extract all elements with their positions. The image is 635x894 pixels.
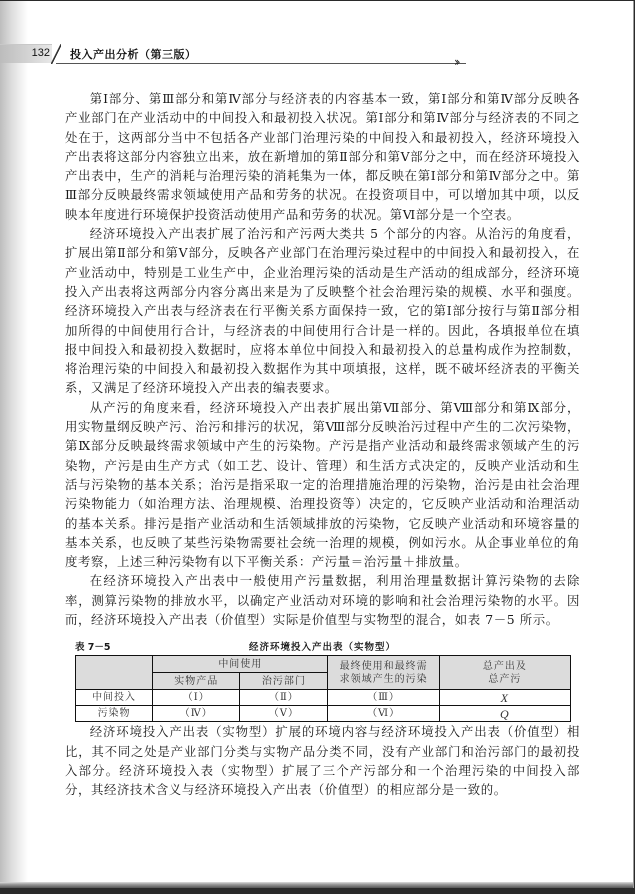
body-text: 第Ⅰ部分、第Ⅲ部分和第Ⅳ部分与经济表的内容基本一致，第Ⅰ部分和第Ⅳ部分反映各产业… [65, 89, 580, 800]
table-row: 污染物 （Ⅳ） （Ⅴ） （Ⅵ） Q [76, 706, 571, 722]
row-label: 中间投入 [76, 690, 153, 706]
paragraph-closing: 经济环境投入产出表（实物型）扩展的环境内容与经济环境投入产出表（价值型）相比，其… [65, 722, 580, 799]
header-total-output: 总产出及总产污 [439, 656, 570, 690]
table-cell: X [439, 690, 570, 706]
header-slash-ornament [51, 44, 61, 64]
table-title: 经济环境投入产出表（实物型） [65, 639, 580, 653]
table-cell: Q [439, 706, 570, 722]
page-number-tab: 132 [0, 44, 52, 63]
table-cell: （Ⅴ） [240, 706, 328, 722]
table-corner-cell [76, 656, 153, 690]
table-row: 中间投入 （Ⅰ） （Ⅱ） （Ⅲ） X [76, 690, 571, 706]
double-chevron-icon: ›› [454, 55, 458, 69]
book-title: 投入产出分析（第三版） [70, 46, 197, 62]
table-cell: （Ⅲ） [328, 690, 439, 706]
header-final-use: 最终使用和最终需求领域产生的污染 [328, 656, 439, 690]
header-intermediate-use: 中间使用 [153, 656, 328, 673]
paragraph-2: 经济环境投入产出表扩展了治污和产污两大类共 5 个部分的内容。从治污的角度看，扩… [65, 224, 580, 398]
header-rule-extension [56, 63, 466, 64]
table-cell: （Ⅰ） [153, 690, 240, 706]
header-physical-products: 实物产品 [153, 673, 240, 690]
paragraph-1: 第Ⅰ部分、第Ⅲ部分和第Ⅳ部分与经济表的内容基本一致，第Ⅰ部分和第Ⅳ部分反映各产业… [65, 89, 580, 224]
gutter-shadow [0, 1, 28, 888]
paragraph-4: 在经济环境投入产出表中一般使用产污量数据，利用治理量数据计算污染物的去除率，测算… [65, 571, 580, 629]
running-head: 132 投入产出分析（第三版） ›› [0, 44, 600, 64]
paragraph-3: 从产污的角度来看，经济环境投入产出表扩展出第Ⅶ部分、第Ⅷ部分和第Ⅸ部分，用实物量… [65, 398, 580, 572]
io-table: 中间使用 最终使用和最终需求领域产生的污染 总产出及总产污 实物产品 治污部门 … [75, 655, 571, 722]
table-caption: 表 7－5 经济环境投入产出表（实物型） [65, 637, 580, 655]
table-cell: （Ⅵ） [328, 706, 439, 722]
table-cell: （Ⅳ） [153, 706, 240, 722]
page-bottom-edge [0, 882, 633, 888]
page-number: 132 [32, 47, 50, 59]
book-page: 132 投入产出分析（第三版） ›› 第Ⅰ部分、第Ⅲ部分和第Ⅳ部分与经济表的内容… [0, 1, 634, 888]
header-treatment-sector: 治污部门 [240, 673, 328, 690]
table-cell: （Ⅱ） [240, 690, 328, 706]
row-label: 污染物 [76, 706, 153, 722]
